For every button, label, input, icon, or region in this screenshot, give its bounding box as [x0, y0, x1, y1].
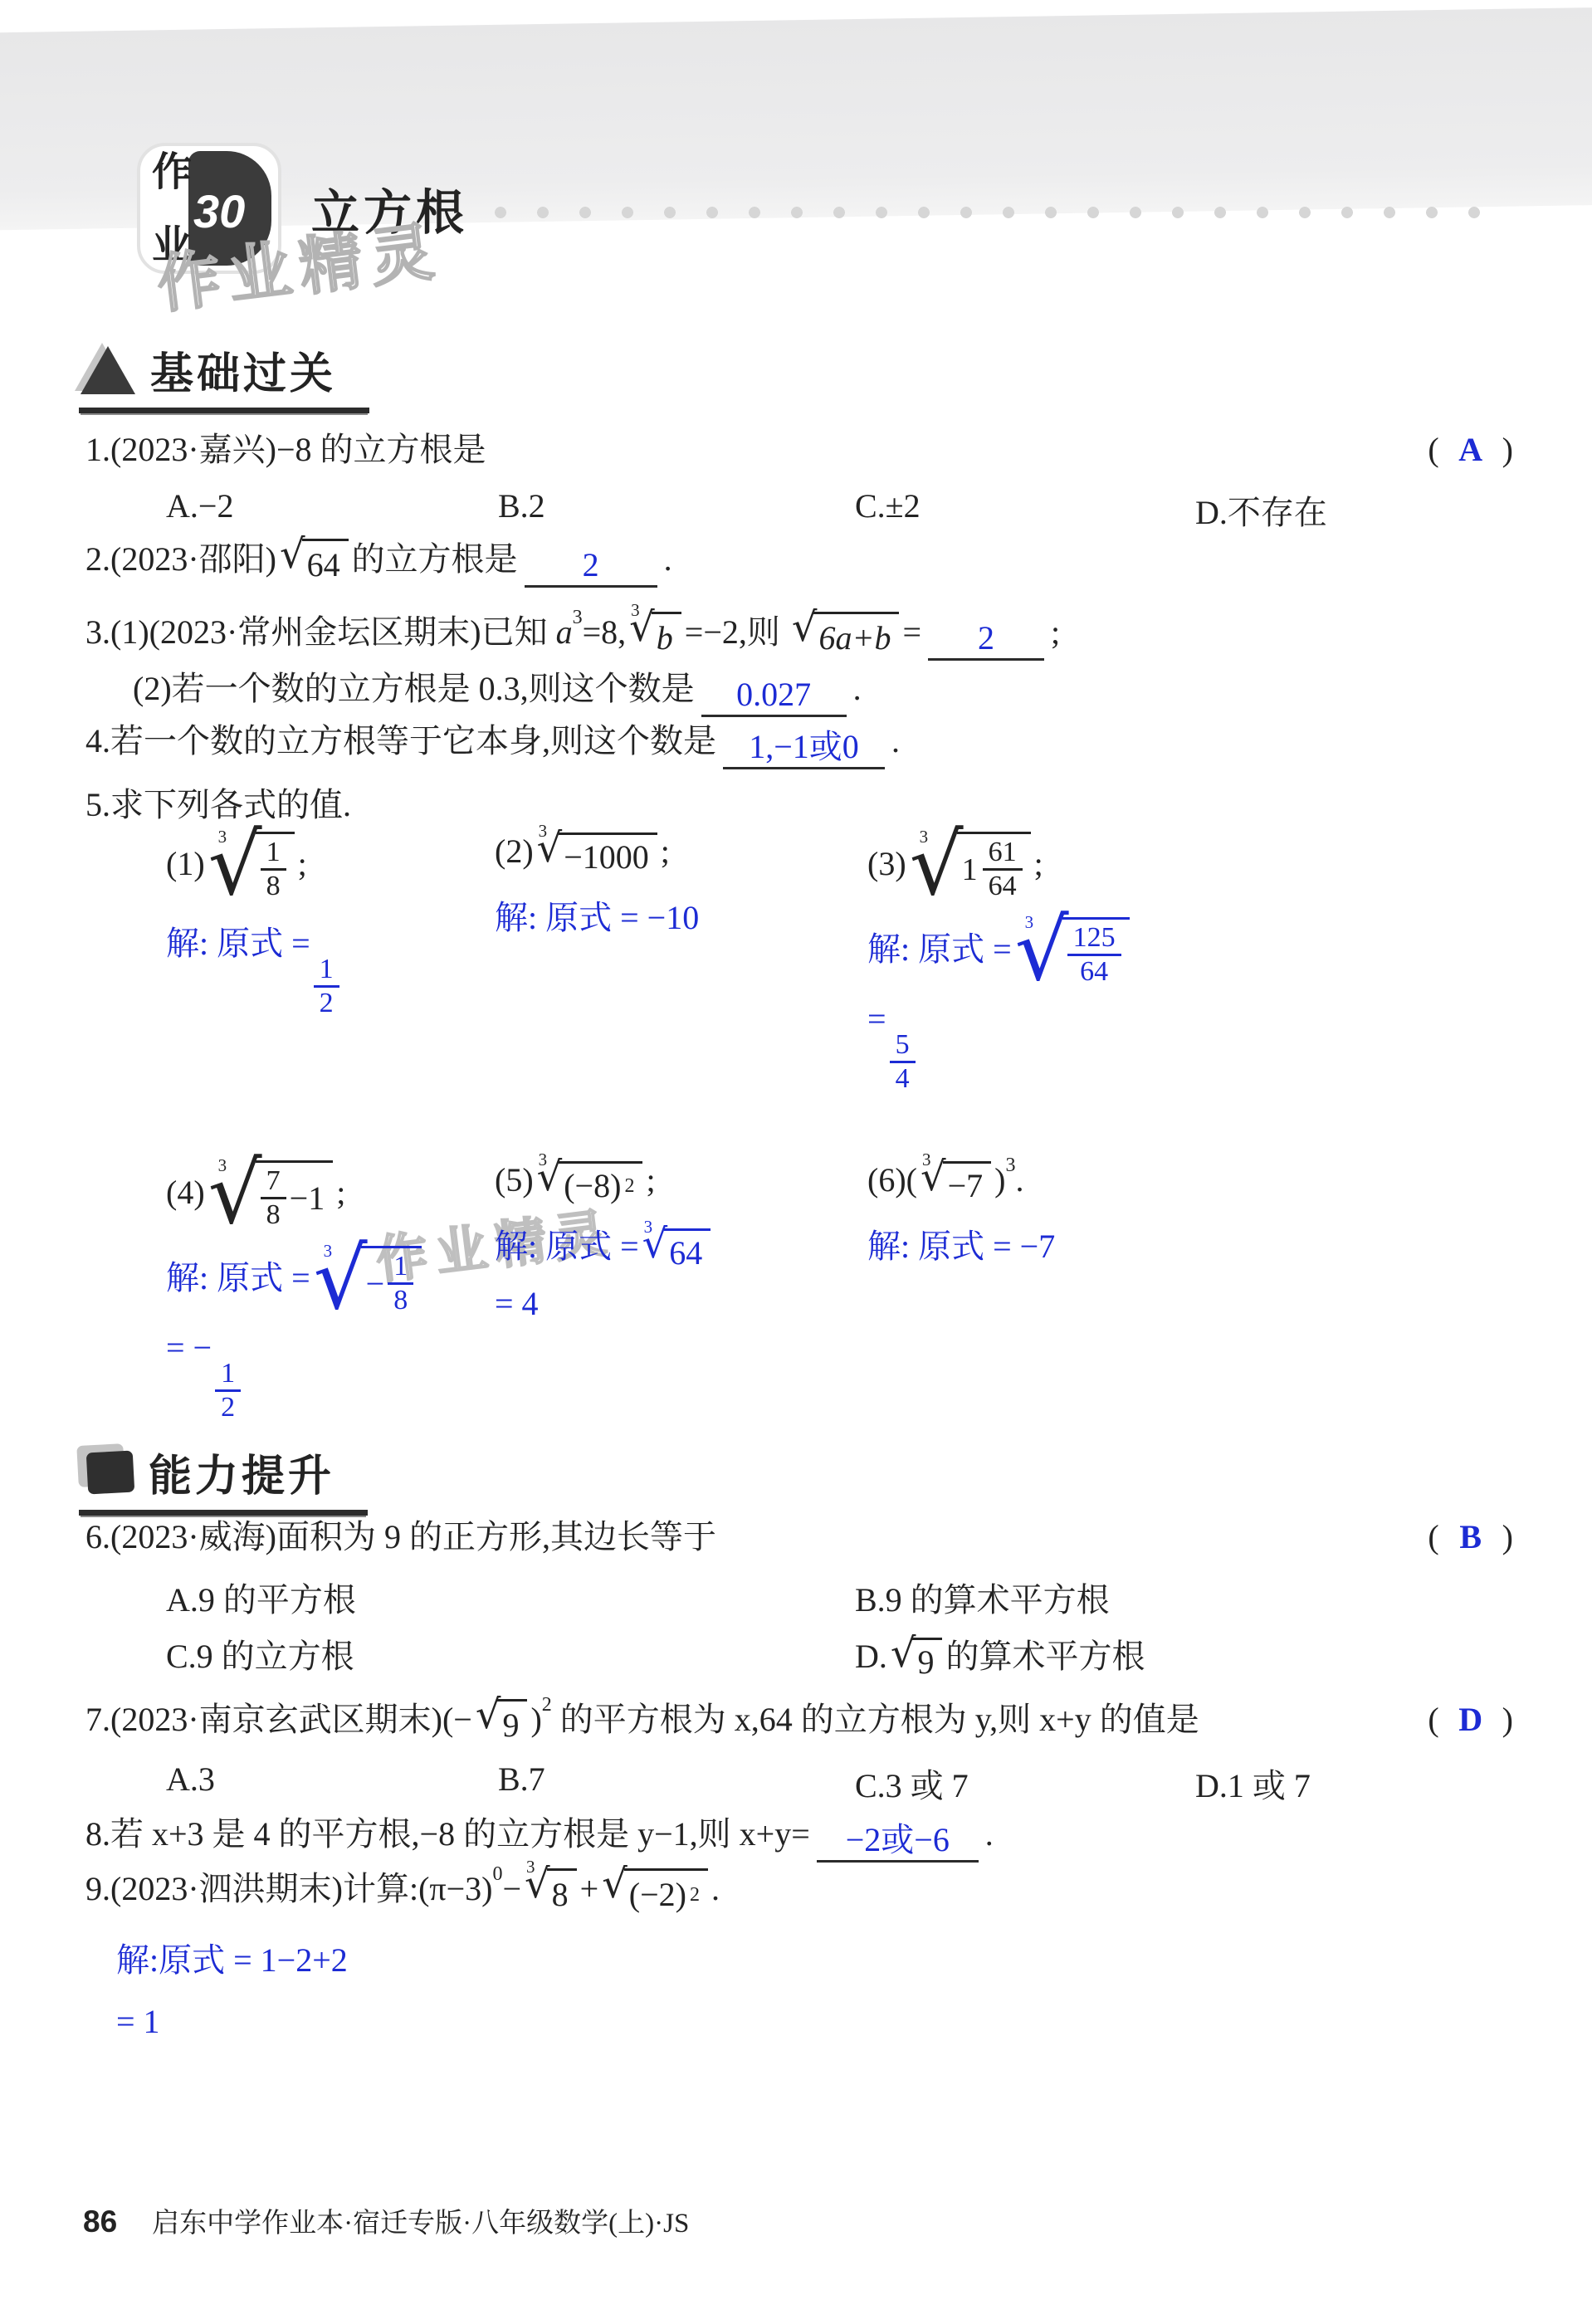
- numerator: 1: [215, 1358, 241, 1389]
- item-number: (4): [166, 1174, 205, 1211]
- item-number: (6): [867, 1161, 906, 1199]
- q7-option-a: A.3: [166, 1760, 215, 1799]
- q1-option-d: D.不存在: [1195, 486, 1327, 534]
- item-number: (3): [867, 845, 906, 882]
- equals: =: [867, 1000, 886, 1037]
- denominator: 8: [261, 868, 286, 902]
- q5-item3-solution-line2: =54: [867, 999, 1133, 1095]
- radicand: b: [652, 612, 681, 660]
- question-4: 4.若一个数的立方根等于它本身,则这个数是1,−1或0.: [85, 720, 1513, 769]
- question-7: 7.(2023·南京玄武区期末)(−√9)2 的平方根为 x,64 的立方根为 …: [85, 1698, 1513, 1747]
- root-index: 3: [526, 1858, 535, 1876]
- radicand: 8: [547, 1868, 577, 1916]
- solution-text: 解:原式 = 1−2+2: [116, 1941, 348, 1979]
- q6-answer: (B): [1428, 1516, 1513, 1559]
- q6-option-a: A.9 的平方根: [166, 1574, 356, 1621]
- page-footer: 86 启东中学作业本·宿迁专版·八年级数学(上)·JS: [83, 2201, 689, 2240]
- q1-stem: 1.(2023·嘉兴)−8 的立方根是: [85, 431, 486, 468]
- radicand-body: (−2): [629, 1873, 686, 1916]
- q5-item4-expression: (4)3√78−1;: [166, 1160, 425, 1231]
- radical-sign-icon: √: [208, 1160, 262, 1228]
- numerator: 7: [261, 1165, 286, 1197]
- decorative-dots: [493, 205, 1497, 220]
- q5-item5-solution-line1: 解: 原式 =3√64: [495, 1220, 714, 1272]
- q5-item3-solution-line1: 解: 原式 =3√12564: [867, 917, 1133, 988]
- question-9: 9.(2023·泗洪期末)计算:(π−3)0−3√8+√(−2)2.: [85, 1867, 1513, 1916]
- paren-open: (: [1428, 431, 1438, 468]
- q8-answer: −2或−6: [846, 1823, 950, 1858]
- badge-label: 作 业: [152, 153, 192, 266]
- q3p1-eq2: =−2,则: [685, 613, 789, 651]
- q5-item4-solution-line2: = −12: [166, 1328, 425, 1423]
- radicand: 6a+b: [813, 612, 899, 660]
- radicand: 64: [302, 539, 349, 587]
- radical-sign-icon: √: [314, 1246, 368, 1314]
- section-title: 基础过关: [150, 339, 336, 401]
- q7-option-c: C.3 或 7: [855, 1760, 969, 1807]
- q9-tail: .: [711, 1870, 720, 1907]
- square-root: √9: [476, 1699, 528, 1747]
- radical-sign-icon: √: [910, 832, 964, 900]
- equals: = −: [166, 1329, 212, 1366]
- q8-stem: 8.若 x+3 是 4 的平方根,−8 的立方根是 y−1,则 x+y=: [85, 1815, 810, 1853]
- whole-number: 1: [962, 852, 978, 888]
- q4-blank: 1,−1或0: [723, 732, 885, 769]
- cube-root: 3√−18: [314, 1246, 422, 1316]
- radicand: 18: [256, 832, 295, 902]
- cube-root: 3√12564: [1015, 917, 1130, 988]
- cube-root: 3√b: [629, 612, 681, 660]
- q8-tail: .: [985, 1815, 994, 1853]
- item-tail: ;: [661, 832, 670, 870]
- question-1: 1.(2023·嘉兴)−8 的立方根是 (A): [85, 428, 1513, 471]
- radical-sign-icon: √: [1015, 917, 1069, 985]
- q7-answer-letter: D: [1453, 1698, 1489, 1741]
- exponent: 3: [1005, 1155, 1015, 1176]
- question-5-stem: 5.求下列各式的值.: [85, 784, 1513, 827]
- q3p1-tail: ;: [1051, 613, 1060, 651]
- fraction: 78: [261, 1165, 286, 1231]
- minus-sign: −: [502, 1870, 521, 1907]
- cube-root: 3√(−8)2: [537, 1161, 643, 1205]
- solution-text: 解: 原式 =: [495, 1228, 639, 1265]
- root-index: 3: [644, 1218, 653, 1236]
- solution-text: 解: 原式 =: [166, 925, 310, 962]
- radicand: −18: [361, 1246, 422, 1316]
- item-tail: ;: [1034, 845, 1043, 882]
- q6-option-b: B.9 的算术平方根: [855, 1574, 1110, 1621]
- question-3-part2: (2)若一个数的立方根是 0.3,则这个数是0.027.: [133, 667, 1513, 717]
- option-text: 的算术平方根: [945, 1638, 1145, 1675]
- q5-item5: (5)3√(−8)2; 解: 原式 =3√64 = 4: [495, 1160, 714, 1323]
- cube-root: 3√16164: [910, 832, 1031, 902]
- var-a: a: [556, 613, 573, 651]
- exponent: 3: [573, 607, 583, 628]
- q1-answer: (A): [1428, 428, 1513, 471]
- q1-option-a: A.−2: [166, 486, 233, 525]
- q4-answer: 1,−1或0: [749, 730, 859, 764]
- q7-stem-pre: 7.(2023·南京玄武区期末)(−: [85, 1701, 472, 1738]
- solution-text: = 4: [495, 1285, 539, 1322]
- radical-sign-icon: √: [208, 832, 262, 900]
- q3p2-answer: 0.027: [736, 677, 811, 712]
- page-header: 作 业 30 立方根: [137, 143, 1497, 274]
- cube-root: 3√18: [208, 832, 295, 902]
- q3p1-eq1: =8,: [583, 613, 627, 651]
- q2-answer: 2: [583, 548, 599, 583]
- item-tail: .: [1015, 1161, 1023, 1199]
- section-title: 能力提升: [149, 1441, 335, 1503]
- denominator: 64: [1067, 954, 1121, 988]
- badge-number: 30: [193, 184, 245, 238]
- paren-close: ): [1502, 1701, 1513, 1738]
- paren-close: ): [994, 1161, 1005, 1199]
- cube-root: 3√−7: [921, 1161, 991, 1205]
- paren-close: ): [530, 1701, 541, 1738]
- q1-answer-letter: A: [1453, 428, 1489, 471]
- fraction: 54: [890, 1029, 916, 1095]
- q7-answer: (D): [1428, 1698, 1513, 1741]
- item-tail: ;: [646, 1161, 655, 1199]
- q9-solution-line2: = 1: [116, 2000, 1513, 2043]
- q9-stem-pre: 9.(2023·泗洪期末)计算:(π−3): [85, 1870, 492, 1907]
- item-tail: ;: [298, 845, 307, 882]
- q3p1-pre: 3.(1)(2023·常州金坛区期末)已知: [85, 613, 556, 651]
- q5-item4: (4)3√78−1; 解: 原式 =3√−18 = −12: [166, 1160, 425, 1423]
- q3p1-eq3: =: [902, 613, 921, 651]
- q4-stem: 4.若一个数的立方根等于它本身,则这个数是: [85, 722, 716, 759]
- q1-option-b: B.2: [498, 486, 545, 525]
- square-root: √(−2)2: [602, 1868, 708, 1916]
- q3p2-pre: (2)若一个数的立方根是 0.3,则这个数是: [133, 670, 695, 707]
- minus-sign: −: [366, 1264, 385, 1303]
- denominator: 2: [215, 1389, 241, 1423]
- q5-item6-expression: (6)(3√−7)3.: [867, 1160, 1055, 1205]
- square-root: √6a+b: [792, 612, 900, 660]
- cube-root: 3√78−1: [208, 1160, 334, 1231]
- q5-item1: (1)3√18; 解: 原式 =12: [166, 832, 343, 1019]
- radicand: 16164: [957, 832, 1031, 902]
- q6-option-d: D.√9的算术平方根: [855, 1630, 1145, 1682]
- q6-option-c: C.9 的立方根: [166, 1630, 354, 1677]
- q2-stem-pre: 2.(2023·邵阳): [85, 540, 276, 578]
- solution-text: 解: 原式 =: [867, 930, 1012, 968]
- denominator: 2: [314, 985, 339, 1019]
- numerator: 5: [890, 1029, 916, 1061]
- fraction: 18: [261, 837, 286, 902]
- question-8: 8.若 x+3 是 4 的平方根,−8 的立方根是 y−1,则 x+y=−2或−…: [85, 1813, 1513, 1863]
- solution-text: 解: 原式 = −10: [495, 899, 699, 936]
- numerator: 1: [261, 837, 286, 868]
- item-number: (1): [166, 845, 205, 882]
- denominator: 64: [983, 868, 1023, 902]
- root-index: 3: [324, 1243, 333, 1260]
- fraction: 12564: [1067, 922, 1121, 988]
- q3p1-blank: 2: [928, 623, 1044, 661]
- q5-item6-solution: 解: 原式 = −7: [867, 1220, 1055, 1267]
- root-index: 3: [218, 828, 227, 846]
- root-index: 3: [920, 828, 929, 846]
- footer-text: 启东中学作业本·宿迁专版·八年级数学(上)·JS: [152, 2201, 689, 2240]
- question-6: 6.(2023·威海)面积为 9 的正方形,其边长等于 (B): [85, 1516, 1513, 1559]
- radicand: 12564: [1062, 917, 1130, 988]
- q5-item1-solution: 解: 原式 =12: [166, 917, 343, 1019]
- item-tail: ;: [336, 1174, 345, 1211]
- q5-item4-solution-line1: 解: 原式 =3√−18: [166, 1246, 425, 1316]
- paren-open: (: [1428, 1518, 1438, 1555]
- root-index: 3: [218, 1157, 227, 1174]
- plus-sign: +: [580, 1870, 599, 1907]
- q5-item6: (6)(3√−7)3. 解: 原式 = −7: [867, 1160, 1055, 1267]
- root-index: 3: [631, 602, 640, 619]
- fraction: 12: [215, 1358, 241, 1423]
- homework-badge: 作 业 30: [137, 143, 281, 274]
- page-number: 86: [83, 2204, 117, 2239]
- q7-stem-rest: 的平方根为 x,64 的立方根为 y,则 x+y 的值是: [552, 1701, 1199, 1738]
- section-header-advanced: 能力提升: [79, 1441, 368, 1516]
- solution-text: 解: 原式 = −7: [867, 1228, 1055, 1265]
- q3p1-answer: 2: [978, 621, 994, 656]
- solution-text: 解: 原式 =: [166, 1259, 310, 1296]
- q2-blank: 2: [525, 550, 657, 588]
- q7-option-d: D.1 或 7: [1195, 1760, 1311, 1807]
- badge-char-top: 作: [152, 153, 192, 193]
- cube-root: 3√8: [525, 1868, 577, 1916]
- radicand: (−2)2: [624, 1868, 708, 1916]
- q5-item3: (3)3√16164; 解: 原式 =3√12564 =54: [867, 832, 1133, 1095]
- paren-open: (: [906, 1161, 917, 1199]
- denominator: 8: [261, 1197, 286, 1231]
- section-header-basics: 基础过关: [79, 339, 369, 413]
- q3p2-tail: .: [853, 670, 862, 707]
- cube-root: 3√−1000: [537, 832, 657, 876]
- root-index: 3: [539, 1151, 548, 1169]
- root-index: 3: [922, 1151, 931, 1169]
- radicand: 64: [664, 1228, 711, 1272]
- paren-close: ): [1502, 1518, 1513, 1555]
- fraction: 18: [388, 1251, 413, 1316]
- radicand: −1000: [559, 832, 657, 876]
- q4-tail: .: [891, 722, 900, 759]
- q5-item2-expression: (2)3√−1000;: [495, 832, 699, 876]
- numerator: 125: [1067, 922, 1121, 954]
- q5-item5-expression: (5)3√(−8)2;: [495, 1160, 714, 1205]
- q2-stem-post: 的立方根是: [352, 540, 518, 578]
- exponent: 0: [492, 1863, 502, 1885]
- q8-blank: −2或−6: [817, 1825, 979, 1863]
- cube-root: 3√64: [642, 1228, 711, 1272]
- numerator: 61: [983, 837, 1023, 868]
- question-2: 2.(2023·邵阳)√64的立方根是2.: [85, 538, 1513, 588]
- badge-char-bottom: 业: [152, 226, 192, 266]
- radicand: (−8)2: [559, 1161, 642, 1205]
- q5-item5-solution-line2: = 4: [495, 1284, 714, 1323]
- exponent: 2: [542, 1694, 552, 1716]
- paren-close: ): [1502, 431, 1513, 468]
- q5-item1-expression: (1)3√18;: [166, 832, 343, 902]
- q3p2-blank: 0.027: [701, 680, 847, 717]
- item-number: (2): [495, 832, 534, 870]
- radicand-tail: −1: [290, 1179, 325, 1218]
- radicand: −7: [943, 1161, 992, 1205]
- q5-item3-expression: (3)3√16164;: [867, 832, 1133, 902]
- q6-answer-letter: B: [1453, 1516, 1489, 1559]
- q7-option-b: B.7: [498, 1760, 545, 1799]
- q9-solution-line1: 解:原式 = 1−2+2: [116, 1939, 1513, 1982]
- fraction: 12: [314, 954, 339, 1019]
- numerator: 1: [388, 1251, 413, 1282]
- question-3-part1: 3.(1)(2023·常州金坛区期末)已知 a3=8,3√b=−2,则 √6a+…: [85, 611, 1513, 661]
- square-root: √9: [891, 1638, 943, 1682]
- q1-option-c: C.±2: [855, 486, 921, 525]
- denominator: 4: [890, 1061, 916, 1095]
- square-icon: [86, 1450, 135, 1494]
- radicand: 9: [497, 1699, 527, 1747]
- numerator: 1: [314, 954, 339, 985]
- square-root: √64: [280, 539, 349, 587]
- q5-item2: (2)3√−1000; 解: 原式 = −10: [495, 832, 699, 939]
- radicand-body: (−8): [564, 1166, 621, 1205]
- denominator: 8: [388, 1282, 413, 1316]
- page-title: 立方根: [311, 173, 468, 243]
- fraction: 6164: [983, 837, 1023, 902]
- option-label: D.: [855, 1638, 887, 1675]
- root-index: 3: [1025, 914, 1034, 931]
- q6-stem: 6.(2023·威海)面积为 9 的正方形,其边长等于: [85, 1518, 716, 1555]
- q5-item2-solution: 解: 原式 = −10: [495, 891, 699, 939]
- radicand: 9: [912, 1638, 942, 1682]
- triangle-icon: [81, 346, 135, 394]
- q2-tail: .: [664, 540, 672, 578]
- item-number: (5): [495, 1161, 534, 1199]
- radicand: 78−1: [256, 1160, 334, 1231]
- root-index: 3: [539, 823, 548, 840]
- solution-text: = 1: [116, 2003, 160, 2040]
- paren-open: (: [1428, 1701, 1438, 1738]
